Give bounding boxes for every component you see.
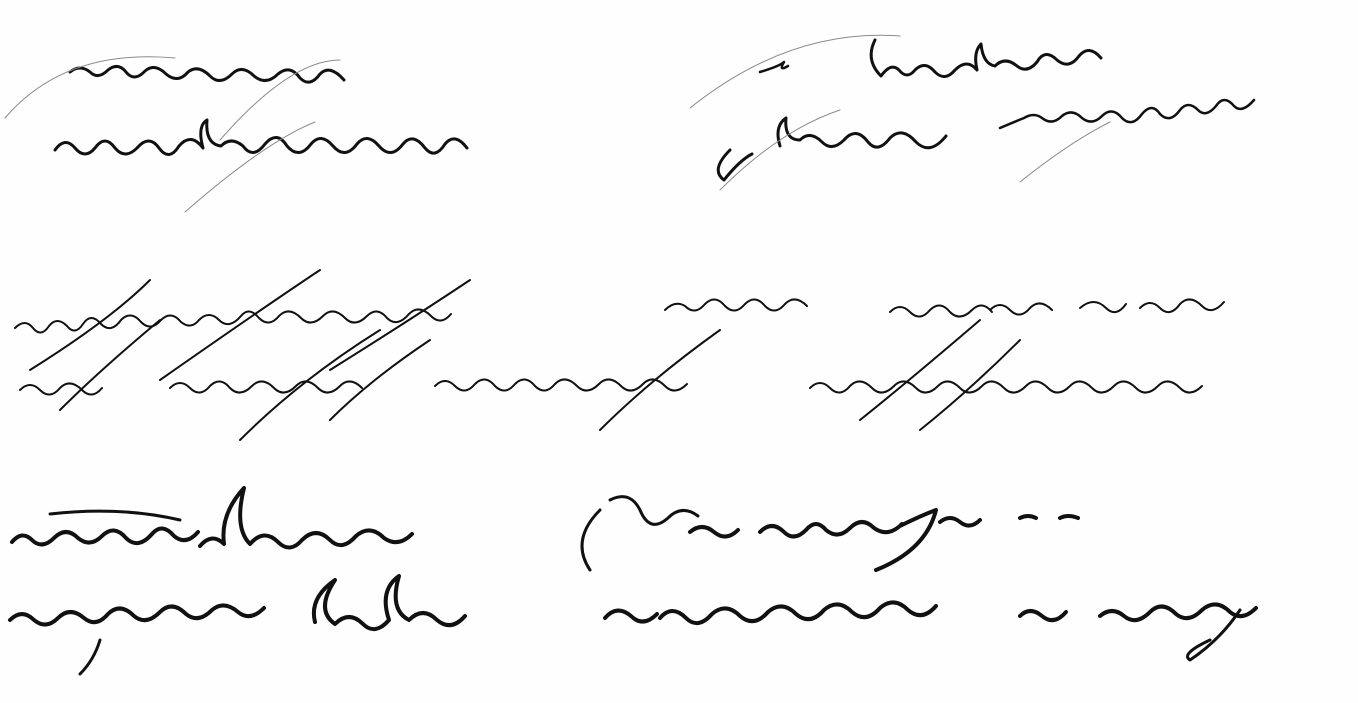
- manuscript-page: yamyzudnay y Rntodo dos mnyda mys y todo…: [0, 0, 1358, 703]
- handwriting-strokes-2: [0, 250, 1358, 450]
- handwriting-block-1: [0, 0, 1358, 230]
- handwriting-block-2: [0, 250, 1358, 450]
- handwriting-block-3: [0, 470, 1358, 703]
- handwriting-strokes-1: [0, 0, 1358, 230]
- handwriting-strokes-3: [0, 470, 1358, 703]
